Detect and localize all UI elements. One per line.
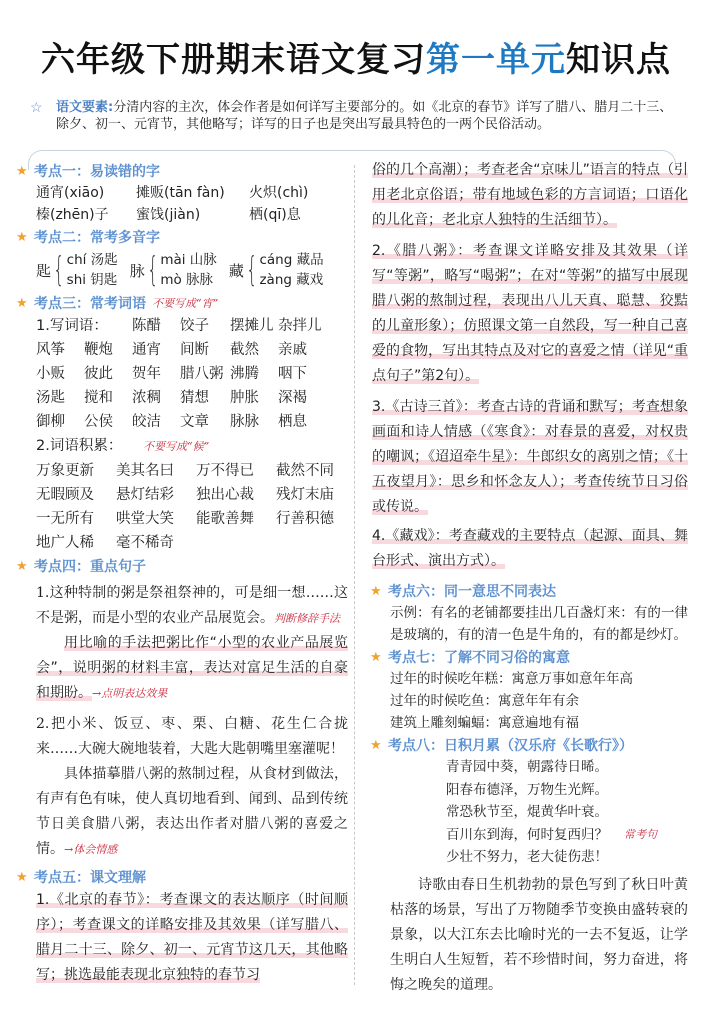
list-item: 栖(qī)息: [249, 204, 339, 226]
misread-chars-list: 通宵(xiāo) 摊贩(tān fàn) 火炽(chì) 榛(zhēn)子 蜜饯…: [18, 182, 348, 226]
polyphone-group: 脉 { mài 山脉mò 脉脉: [130, 250, 217, 290]
list-item: 摊贩(tān fàn): [136, 182, 249, 204]
poem-line: 常恐秋节至，焜黄华叶衰。: [446, 801, 688, 824]
star-icon: ★: [16, 164, 29, 179]
section-heading-4: ★ 考点四：重点句子: [16, 555, 348, 577]
intro-text: 分清内容的主次，体会作者是如何详写主要部分的。如《北京的春节》详写了腊八、腊月二…: [56, 100, 672, 132]
polyphone-list: 匙 { chí 汤匙shi 钥匙 脉 { mài 山脉mò 脉脉 藏 { cán…: [18, 248, 348, 292]
polyphone-group: 匙 { chí 汤匙shi 钥匙: [36, 250, 118, 290]
key-sentence-2: 2.把小米、饭豆、枣、栗、白糖、花生仁合拢来……大碗大碗地装着，大匙大匙朝嘴里塞…: [18, 712, 348, 762]
page-title: 六年级下册期末语文复习第一单元知识点: [0, 32, 712, 81]
section-heading-2: ★ 考点二：常考多音字: [16, 226, 348, 248]
custom-meaning-item: 过年的时候吃年糕：寓意万事如意年年高: [372, 668, 688, 690]
list-item: 火炽(chì): [249, 182, 339, 204]
key-sentence-1: 1.这种特制的粥是祭祖祭神的，可是细一想……这不是粥，而是小型的农业产品展览会。…: [18, 581, 348, 631]
poem-explanation: 诗歌由春日生机勃勃的景色写到了秋日叶黄枯落的场景，写出了万物随季节变换由盛转衰的…: [372, 873, 688, 998]
section-heading-6: ★ 考点六：同一意思不同表达: [370, 580, 688, 602]
key-sentence-1-analysis: 用比喻的手法把粥比作“小型的农业产品展览会”，说明粥的材料丰富，表达对富足生活的…: [18, 631, 348, 706]
intro-block: ☆ 语文要素:分清内容的主次，体会作者是如何详写主要部分的。如《北京的春节》详写…: [34, 99, 682, 133]
annotation-note: 常考句: [624, 824, 657, 847]
poem-line: 阳春布德泽，万物生光辉。: [446, 779, 688, 802]
section-heading-1: ★ 考点一：易读错的字: [16, 160, 348, 182]
text-understanding-1: 1.《北京的春节》：考查课文的表达顺序（时间顺序）；考查课文的详略安排及其效果（…: [18, 888, 348, 988]
star-icon: ★: [16, 230, 29, 245]
star-icon: ★: [16, 870, 29, 885]
idiom-label-row: 2.词语积累： 不要写成“候”: [18, 434, 348, 459]
title-suffix: 知识点: [566, 40, 671, 80]
section-heading-5: ★ 考点五：课文理解: [16, 866, 348, 888]
star-icon: ★: [16, 559, 29, 574]
text-understanding-3: 3.《古诗三首》：考查古诗的背诵和默写；考查想象画面和诗人情感（《寒食》：对春景…: [372, 395, 688, 520]
intro-label: 语文要素:: [56, 100, 113, 115]
star-icon: ★: [370, 738, 383, 753]
star-icon: ★: [370, 650, 383, 665]
brace-icon: {: [147, 250, 158, 290]
list-item: 榛(zhēn)子: [36, 204, 136, 226]
column-divider: [354, 165, 355, 985]
custom-meaning-item: 过年的时候吃鱼：寓意年年有余: [372, 690, 688, 712]
same-meaning-example: 示例：有名的老铺都要挂出几百盏灯来：有的一律是玻璃的，有的清一色是牛角的，有的都…: [372, 602, 688, 646]
annotation-note: 判断修辞手法: [274, 612, 340, 625]
brace-icon: {: [53, 250, 64, 290]
vocab-grid: 1.写词语： 陈醋 饺子 摆摊儿 杂拌儿 风筝 鞭炮 通宵 间断 截然 亲戚 小…: [18, 314, 348, 434]
sub-label: 2.词语积累：: [36, 438, 122, 454]
sub-label: 1.写词语：: [36, 314, 132, 338]
annotation-note: →点明表达效果: [92, 687, 167, 700]
annotation-note: 不要写成“候”: [143, 440, 209, 453]
left-column: ★ 考点一：易读错的字 通宵(xiāo) 摊贩(tān fàn) 火炽(chì)…: [18, 160, 348, 988]
section-heading-7: ★ 考点七：了解不同习俗的寓意: [370, 646, 688, 668]
text-understanding-4: 4.《藏戏》：考查藏戏的主要特点（起源、面具、舞台形式、演出方式）。: [372, 524, 688, 574]
list-item: 通宵(xiāo): [36, 182, 136, 204]
annotation-note: →体会情感: [64, 843, 117, 856]
star-outline-icon: ☆: [30, 100, 43, 117]
title-prefix: 六年级下册期末语文复习: [41, 40, 426, 80]
right-column: 俗的几个高潮）；考查老舍“京味儿”语言的特点（引用老北京俗语；带有地域色彩的方言…: [372, 158, 688, 998]
text-understanding-2: 2.《腊八粥》：考查课文详略安排及其效果（详写“等粥”，略写“喝粥”；在对“等粥…: [372, 239, 688, 389]
section-heading-3: ★ 考点三：常考词语 不要写成“宵”: [16, 292, 348, 314]
poem-line: 青青园中葵，朝露待日晞。: [446, 756, 688, 779]
title-accent: 第一单元: [426, 40, 566, 80]
list-item: 蜜饯(jiàn): [136, 204, 249, 226]
poem-line: 少壮不努力，老大徒伤悲！: [446, 846, 688, 869]
custom-meaning-item: 建筑上雕刻蝙蝠：寓意遍地有福: [372, 712, 688, 734]
idiom-grid: 万象更新 美其名曰 万不得已 截然不同 无暇顾及 悬灯结彩 独出心裁 残灯末庙 …: [18, 459, 348, 555]
section-heading-8: ★ 考点八：日积月累（汉乐府《长歌行》）: [370, 734, 688, 756]
annotation-note: 不要写成“宵”: [152, 295, 218, 311]
star-icon: ★: [16, 296, 29, 311]
star-icon: ★: [370, 584, 383, 599]
key-sentence-2-analysis: 具体描摹腊八粥的熬制过程，从食材到做法，有声有色有味，使人真切地看到、闻到、品到…: [18, 762, 348, 862]
text-understanding-1-cont: 俗的几个高潮）；考查老舍“京味儿”语言的特点（引用老北京俗语；带有地域色彩的方言…: [372, 158, 688, 233]
polyphone-group: 藏 { cáng 藏品zàng 藏戏: [229, 250, 324, 290]
poem-changgexing: 青青园中葵，朝露待日晞。 阳春布德泽，万物生光辉。 常恐秋节至，焜黄华叶衰。 百…: [372, 756, 688, 869]
brace-icon: {: [246, 250, 257, 290]
